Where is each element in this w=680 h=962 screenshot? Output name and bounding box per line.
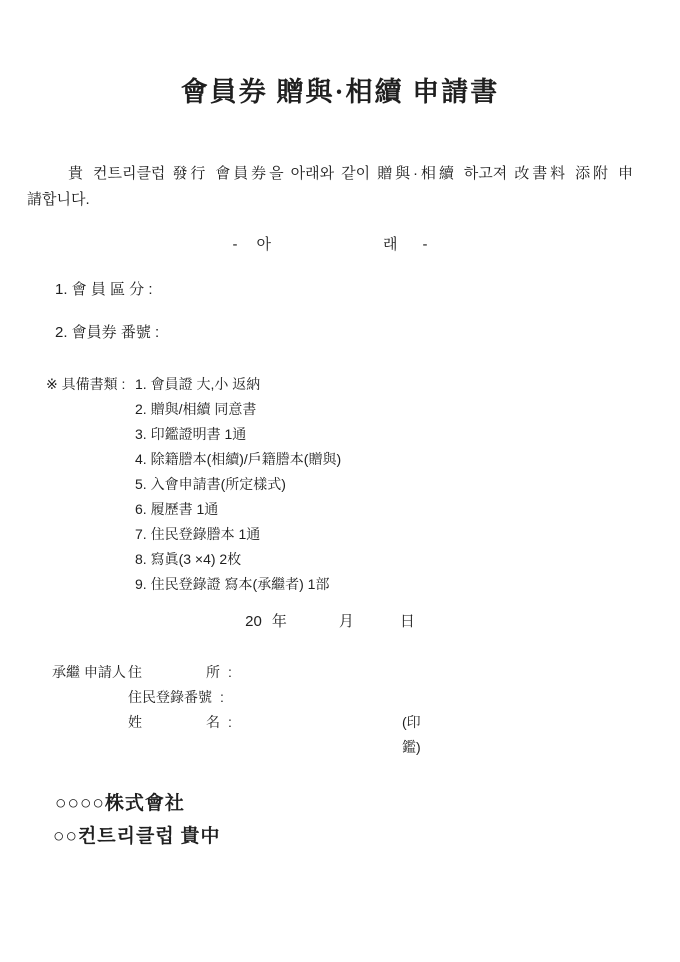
resident-number-colon: : [220, 685, 224, 710]
signature-row-name: 姓 名 : (印鑑) [52, 710, 232, 735]
date-year-label: 年 [272, 610, 287, 634]
recipient-company-name: ○○○○株式會社 [55, 792, 185, 816]
divider-dash-left: - [233, 233, 238, 257]
signature-row-address: 承繼 申請人 住 所 : [52, 660, 232, 685]
seal-placeholder: (印鑑) [402, 710, 421, 760]
field-certificate-number: 2. 會員券 番號 : [55, 324, 159, 342]
field-member-class: 1. 會 員 區 分 : [55, 281, 153, 299]
application-form-document: 會員券 贈與·相續 申請書 貴 컨트리클럽 發行 會員券을 아래와 같이 贈與·… [0, 0, 680, 962]
address-label-end: 所 [206, 660, 220, 685]
recipient-club-name: ○○컨트리클럽 貴中 [53, 825, 220, 849]
name-label-end: 名 [206, 710, 220, 735]
intro-paragraph-line2: 請합니다. [27, 187, 633, 213]
required-doc-item: 8. 寫眞(3 ×4) 2枚 [135, 547, 341, 572]
document-title: 會員券 贈與·相續 申請書 [0, 74, 680, 110]
required-documents-heading: ※ 具備書類 : [46, 372, 135, 397]
divider-char-rae: 래 [383, 233, 398, 257]
intro-paragraph-line1: 貴 컨트리클럽 發行 會員券을 아래와 같이 贈與·相續 하고져 改書料 添附 … [27, 161, 633, 187]
date-month-label: 月 [339, 610, 354, 634]
divider-char-a: 아 [257, 233, 272, 257]
date-year-value: 20 [245, 610, 262, 634]
name-colon: : [228, 710, 232, 735]
address-label-start: 住 [128, 660, 142, 685]
signature-block: 承繼 申請人 住 所 : 住民登錄番號 : 姓 名 : (印鑑) [52, 660, 232, 735]
required-doc-item: 4. 除籍謄本(相續)/戶籍謄本(贈與) [135, 447, 341, 472]
date-day-label: 日 [400, 610, 415, 634]
address-colon: : [228, 660, 232, 685]
required-doc-item: 7. 住民登錄謄本 1通 [135, 522, 341, 547]
date-line: 20 年 月 日 [27, 610, 633, 634]
required-doc-item: 1. 會員證 大,小 返納 [135, 372, 341, 397]
below-heading-divider: - 아 래 - [27, 233, 633, 257]
address-label: 住 所 [128, 660, 220, 685]
signature-prefix-spacer [52, 685, 128, 710]
required-doc-item: 9. 住民登錄證 寫本(承繼者) 1部 [135, 572, 341, 597]
intro-paragraph: 貴 컨트리클럽 發行 會員券을 아래와 같이 贈與·相續 하고져 改書料 添附 … [27, 161, 633, 213]
required-doc-item: 3. 印鑑證明書 1通 [135, 422, 341, 447]
divider-dash-right: - [423, 233, 428, 257]
required-doc-item: 6. 履歷書 1通 [135, 497, 341, 522]
required-documents-list: 1. 會員證 大,小 返納 2. 贈與/相續 同意書 3. 印鑑證明書 1通 4… [135, 372, 341, 597]
required-documents-section: ※ 具備書類 : 1. 會員證 大,小 返納 2. 贈與/相續 同意書 3. 印… [46, 372, 341, 597]
name-label-start: 姓 [128, 710, 142, 735]
resident-number-label: 住民登錄番號 [128, 685, 212, 710]
name-label: 姓 名 [128, 710, 220, 735]
signature-prefix: 承繼 申請人 [52, 660, 128, 685]
signature-row-resident-number: 住民登錄番號 : [52, 685, 232, 710]
signature-prefix-spacer [52, 710, 128, 735]
required-doc-item: 2. 贈與/相續 同意書 [135, 397, 341, 422]
required-doc-item: 5. 入會申請書(所定樣式) [135, 472, 341, 497]
